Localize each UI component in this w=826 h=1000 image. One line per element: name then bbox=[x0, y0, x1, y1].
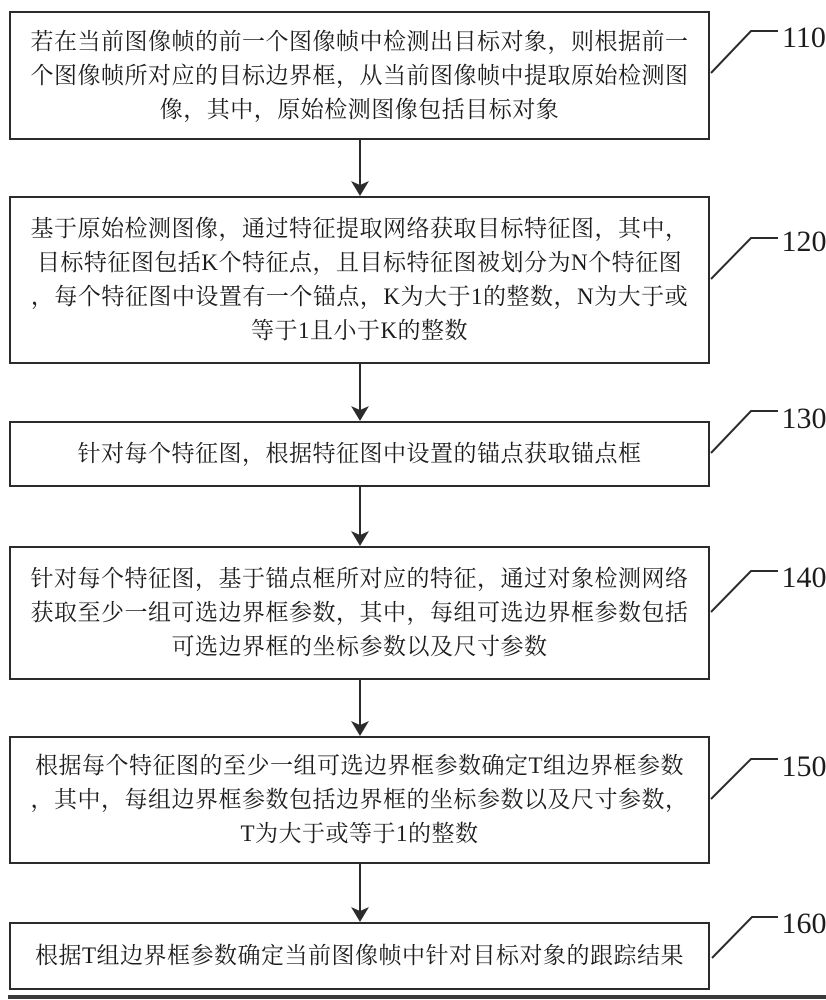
step-box-150: 根据每个特征图的至少一组可选边界框参数确定T组边界框参数 ，其中，每组边界框参数… bbox=[9, 736, 710, 864]
ref-numeral-160: 160 bbox=[781, 909, 826, 939]
step-text-110: 若在当前图像帧的前一个图像帧中检测出目标对象，则根据前一 个图像帧所对应的目标边… bbox=[11, 25, 708, 127]
step-text-150: 根据每个特征图的至少一组可选边界框参数确定T组边界框参数 ，其中，每组边界框参数… bbox=[11, 749, 708, 851]
step-box-110: 若在当前图像帧的前一个图像帧中检测出目标对象，则根据前一 个图像帧所对应的目标边… bbox=[9, 11, 710, 140]
ref-numeral-120: 120 bbox=[781, 227, 826, 257]
scan-edge-line bbox=[8, 995, 826, 999]
down-arrow-1-icon bbox=[351, 140, 369, 196]
ref-connector-110 bbox=[711, 31, 778, 73]
step-box-120: 基于原始检测图像，通过特征提取网络获取目标特征图，其中， 目标特征图包括K个特征… bbox=[9, 196, 710, 364]
step-text-120: 基于原始检测图像，通过特征提取网络获取目标特征图，其中， 目标特征图包括K个特征… bbox=[11, 212, 708, 348]
ref-connector-160 bbox=[712, 917, 778, 958]
step-box-140: 针对每个特征图，基于锚点框所对应的特征，通过对象检测网络 获取至少一组可选边界框… bbox=[9, 546, 710, 680]
step-box-160: 根据T组边界框参数确定当前图像帧中针对目标对象的跟踪结果 bbox=[9, 922, 710, 990]
down-arrow-3-icon bbox=[351, 487, 369, 546]
ref-numeral-140: 140 bbox=[781, 563, 826, 593]
step-text-130: 针对每个特征图，根据特征图中设置的锚点获取锚点框 bbox=[11, 437, 708, 471]
ref-connector-150 bbox=[711, 759, 778, 799]
patent-flowchart: 若在当前图像帧的前一个图像帧中检测出目标对象，则根据前一 个图像帧所对应的目标边… bbox=[0, 0, 826, 1000]
ref-numeral-130: 130 bbox=[781, 404, 826, 434]
down-arrow-2-icon bbox=[351, 364, 369, 421]
ref-numeral-110: 110 bbox=[781, 23, 826, 53]
down-arrow-4-icon bbox=[351, 680, 369, 736]
down-arrow-5-icon bbox=[351, 864, 369, 922]
ref-connector-130 bbox=[711, 411, 778, 453]
step-text-140: 针对每个特征图，基于锚点框所对应的特征，通过对象检测网络 获取至少一组可选边界框… bbox=[11, 562, 708, 664]
ref-connector-140 bbox=[711, 571, 778, 612]
step-text-160: 根据T组边界框参数确定当前图像帧中针对目标对象的跟踪结果 bbox=[11, 939, 708, 973]
ref-connector-120 bbox=[711, 238, 778, 279]
ref-numeral-150: 150 bbox=[781, 752, 826, 782]
step-box-130: 针对每个特征图，根据特征图中设置的锚点获取锚点框 bbox=[9, 421, 710, 487]
